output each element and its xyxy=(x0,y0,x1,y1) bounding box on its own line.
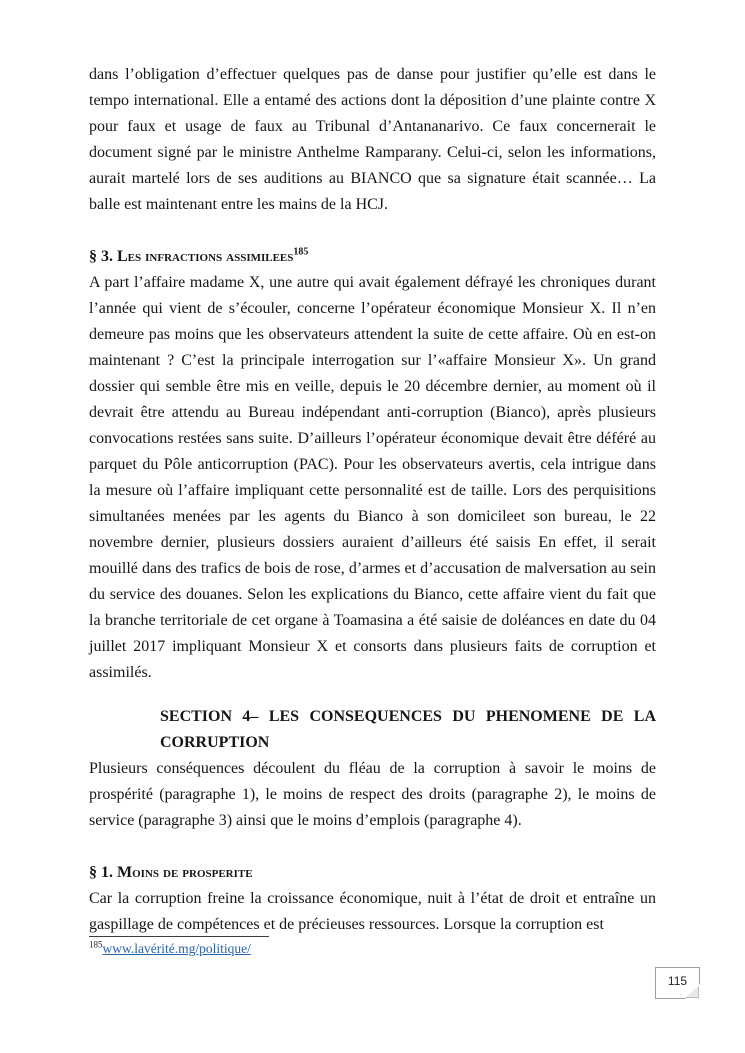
section3-heading: § 3. Les infractions assimilees185 xyxy=(89,244,656,270)
page-curl-highlight xyxy=(686,987,698,997)
section4-paragraph: Plusieurs conséquences découlent du fléa… xyxy=(89,756,656,834)
document-page: dans l’obligation d’effectuer quelques p… xyxy=(0,0,745,1053)
section4-heading-line1: SECTION 4– LES CONSEQUENCES DU PHENOMENE… xyxy=(160,704,656,730)
section4-heading-line2: CORRUPTION xyxy=(160,730,656,756)
footnote-line: 185www.lavérité.mg/politique/ xyxy=(89,940,489,957)
intro-paragraph: dans l’obligation d’effectuer quelques p… xyxy=(89,62,656,218)
section3-paragraph: A part l’affaire madame X, une autre qui… xyxy=(89,270,656,686)
footnote-separator xyxy=(89,936,269,937)
section3-heading-text: § 3. Les infractions assimilees xyxy=(89,248,293,265)
page-body: dans l’obligation d’effectuer quelques p… xyxy=(89,62,656,938)
section4-heading: SECTION 4– LES CONSEQUENCES DU PHENOMENE… xyxy=(160,704,656,756)
page-number-badge: 115 xyxy=(655,967,700,999)
footnote-link[interactable]: www.lavérité.mg/politique/ xyxy=(103,941,251,956)
footnote-area: 185www.lavérité.mg/politique/ xyxy=(89,936,489,957)
footnote-ref-marker: 185 xyxy=(293,247,308,258)
footnote-number: 185 xyxy=(89,940,103,950)
paragraph1-paragraph: Car la corruption freine la croissance é… xyxy=(89,886,656,938)
paragraph1-heading: § 1. Moins de prosperite xyxy=(89,860,656,886)
